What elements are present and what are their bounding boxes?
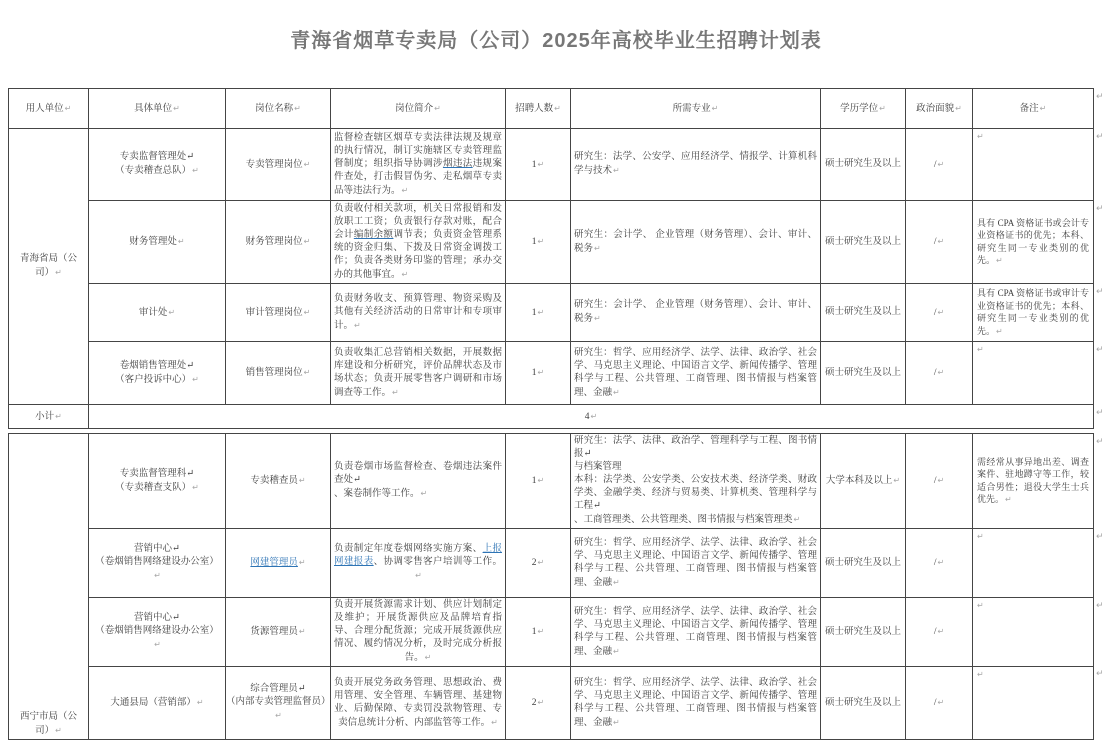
paragraph-mark-icon: ↵ bbox=[304, 237, 311, 246]
cell-unit: 卷烟销售管理处↵ （客户投诉中心）↵ bbox=[89, 342, 226, 405]
document-page: 青海省烟草专卖局（公司）2025年高校毕业生招聘计划表 用人单位↵ 具体单位↵ … bbox=[0, 0, 1112, 745]
paragraph-mark-icon: ↵ bbox=[977, 670, 984, 679]
paragraph-mark-icon: ↵ bbox=[299, 558, 306, 567]
paragraph-mark-icon: ↵ bbox=[421, 489, 428, 498]
cell-remark: 需经常从事异地出差、调查案件、驻地蹲守等工作，较适合男性；退役大学生士兵优先。↵ bbox=[973, 434, 1094, 529]
paragraph-mark-icon: ↵ bbox=[613, 718, 620, 727]
paragraph-mark-icon: ↵ bbox=[304, 368, 311, 377]
cell-position: 财务管理岗位↵ bbox=[226, 201, 331, 284]
table-row: 青海省局（公司）↵ 专卖监督管理处↵ （专卖稽查总队）↵ 专卖管理岗位↵ 监督检… bbox=[9, 129, 1094, 201]
cell-degree: 硕士研究生及以上 bbox=[821, 529, 906, 598]
page-title: 青海省烟草专卖局（公司）2025年高校毕业生招聘计划表 bbox=[0, 24, 1112, 53]
paragraph-mark-icon: ↵ bbox=[275, 711, 282, 720]
row-end-mark-icon: ↵ bbox=[1096, 204, 1104, 214]
paragraph-mark-icon: ↵ bbox=[937, 368, 944, 377]
paragraph-mark-icon: ↵ bbox=[879, 104, 886, 113]
paragraph-mark-icon: ↵ bbox=[937, 627, 944, 636]
paragraph-mark-icon: ↵ bbox=[613, 647, 620, 656]
table-row: 财务管理处↵ 财务管理岗位↵ 负责收付相关款项，机关日常报销和发放职工工资；负责… bbox=[9, 201, 1094, 284]
paragraph-mark-icon: ↵ bbox=[434, 104, 441, 113]
cell-political: /↵ bbox=[906, 129, 973, 201]
revision-underlined-text: 编制余额 bbox=[354, 230, 394, 240]
table-row: 营销中心↵ （卷烟销售网络建设办公室）↵ 网建管理员↵ 负责制定年度卷烟网络实施… bbox=[9, 529, 1094, 598]
paragraph-mark-icon: ↵ bbox=[1040, 104, 1047, 113]
paragraph-mark-icon: ↵ bbox=[402, 186, 409, 195]
paragraph-mark-icon: ↵ bbox=[977, 345, 984, 354]
paragraph-mark-icon: ↵ bbox=[937, 237, 944, 246]
col-header-unit: 具体单位↵ bbox=[89, 89, 226, 129]
table-header-row: 用人单位↵ 具体单位↵ 岗位名称↵ 岗位简介↵ 招聘人数↵ 所需专业↵ 学历学位… bbox=[9, 89, 1094, 129]
cell-majors: 研究生：会计学、 企业管理（财务管理）、会计、审计、税务↵ bbox=[571, 201, 821, 284]
row-end-mark-icon: ↵ bbox=[1096, 287, 1104, 297]
col-header-count: 招聘人数↵ bbox=[506, 89, 571, 129]
paragraph-mark-icon: ↵ bbox=[197, 698, 204, 707]
table-row: 审计处↵ 审计管理岗位↵ 负责财务收支、预算管理、物资采购及其他有关经济活动的日… bbox=[9, 284, 1094, 342]
cell-majors: 研究生：会计学、 企业管理（财务管理）、会计、审计、税务↵ bbox=[571, 284, 821, 342]
paragraph-mark-icon: ↵ bbox=[538, 237, 545, 246]
cell-count: 1↵ bbox=[506, 434, 571, 529]
cell-description: 负责收集汇总营销相关数据，开展数据库建设和分析研究，评价品牌状态及市场状态；负责… bbox=[331, 342, 506, 405]
paragraph-mark-icon: ↵ bbox=[538, 160, 545, 169]
subtotal-label-cell: 小计↵ bbox=[9, 405, 89, 429]
col-header-employer: 用人单位↵ bbox=[9, 89, 89, 129]
row-end-mark-icon: ↵ bbox=[1096, 601, 1104, 611]
paragraph-mark-icon: ↵ bbox=[178, 237, 185, 246]
paragraph-mark-icon: ↵ bbox=[538, 308, 545, 317]
cell-position: 审计管理岗位↵ bbox=[226, 284, 331, 342]
row-end-mark-icon: ↵ bbox=[1096, 532, 1104, 542]
cell-majors: 研究生：哲学、应用经济学、法学、法律、政治学、社会学、马克思主义理论、中国语言文… bbox=[571, 529, 821, 598]
col-header-political: 政治面貌↵ bbox=[906, 89, 973, 129]
cell-position: 网建管理员↵ bbox=[226, 529, 331, 598]
table-row: 西宁市局（公司）↵ 专卖监督管理科↵ （专卖稽查支队）↵ 专卖稽查员↵ 负责卷烟… bbox=[9, 434, 1094, 529]
cell-employer: 西宁市局（公司）↵ bbox=[9, 434, 89, 740]
paragraph-mark-icon: ↵ bbox=[977, 601, 984, 610]
paragraph-mark-icon: ↵ bbox=[415, 571, 422, 580]
paragraph-mark-icon: ↵ bbox=[554, 104, 561, 113]
paragraph-mark-icon: ↵ bbox=[996, 327, 1003, 336]
subtotal-row: 小计↵ 4↵ bbox=[9, 405, 1094, 429]
paragraph-mark-icon: ↵ bbox=[977, 532, 984, 541]
row-end-mark-icon: ↵ bbox=[1096, 408, 1104, 418]
paragraph-mark-icon: ↵ bbox=[794, 515, 801, 524]
cell-description: 负责收付相关款项，机关日常报销和发放职工工资；负责银行存款对账，配合会计编制余额… bbox=[331, 201, 506, 284]
row-end-mark-icon: ↵ bbox=[1096, 669, 1104, 679]
cell-count: 2↵ bbox=[506, 529, 571, 598]
cell-remark: ↵ bbox=[973, 529, 1094, 598]
cell-majors: 研究生：哲学、应用经济学、法学、法律、政治学、社会学、马克思主义理论、中国语言文… bbox=[571, 667, 821, 740]
paragraph-mark-icon: ↵ bbox=[613, 166, 620, 175]
col-header-majors: 所需专业↵ bbox=[571, 89, 821, 129]
paragraph-mark-icon: ↵ bbox=[304, 160, 311, 169]
col-header-description: 岗位简介↵ bbox=[331, 89, 506, 129]
cell-political: /↵ bbox=[906, 667, 973, 740]
cell-unit: 专卖监督管理科↵ （专卖稽查支队）↵ bbox=[89, 434, 226, 529]
paragraph-mark-icon: ↵ bbox=[491, 718, 498, 727]
cell-remark: ↵ bbox=[973, 129, 1094, 201]
row-end-mark-icon: ↵ bbox=[1096, 132, 1104, 142]
paragraph-mark-icon: ↵ bbox=[168, 308, 175, 317]
paragraph-mark-icon: ↵ bbox=[65, 104, 72, 113]
paragraph-mark-icon: ↵ bbox=[937, 160, 944, 169]
cell-political: /↵ bbox=[906, 529, 973, 598]
cell-count: 1↵ bbox=[506, 598, 571, 667]
cell-unit: 审计处↵ bbox=[89, 284, 226, 342]
paragraph-mark-icon: ↵ bbox=[1005, 495, 1012, 504]
col-header-position: 岗位名称↵ bbox=[226, 89, 331, 129]
cell-count: 1↵ bbox=[506, 284, 571, 342]
paragraph-mark-icon: ↵ bbox=[712, 104, 719, 113]
cell-majors: 研究生：法学、法律、政治学、管理科学与工程、图书情报↵ 与档案管理 本科：法学类… bbox=[571, 434, 821, 529]
cell-remark: ↵ bbox=[973, 342, 1094, 405]
paragraph-mark-icon: ↵ bbox=[955, 104, 962, 113]
table-row: 卷烟销售管理处↵ （客户投诉中心）↵ 销售管理岗位↵ 负责收集汇总营销相关数据，… bbox=[9, 342, 1094, 405]
cell-majors: 研究生：哲学、应用经济学、法学、法律、政治学、社会学、马克思主义理论、中国语言文… bbox=[571, 342, 821, 405]
paragraph-mark-icon: ↵ bbox=[154, 571, 161, 580]
paragraph-mark-icon: ↵ bbox=[299, 627, 306, 636]
paragraph-mark-icon: ↵ bbox=[613, 578, 620, 587]
paragraph-mark-icon: ↵ bbox=[613, 388, 620, 397]
paragraph-mark-icon: ↵ bbox=[538, 627, 545, 636]
paragraph-mark-icon: ↵ bbox=[538, 476, 545, 485]
paragraph-mark-icon: ↵ bbox=[392, 388, 399, 397]
paragraph-mark-icon: ↵ bbox=[937, 476, 944, 485]
cell-unit: 财务管理处↵ bbox=[89, 201, 226, 284]
paragraph-mark-icon: ↵ bbox=[55, 268, 62, 277]
paragraph-mark-icon: ↵ bbox=[173, 104, 180, 113]
paragraph-mark-icon: ↵ bbox=[996, 256, 1003, 265]
recruitment-table-section-1: 用人单位↵ 具体单位↵ 岗位名称↵ 岗位简介↵ 招聘人数↵ 所需专业↵ 学历学位… bbox=[8, 88, 1094, 429]
cell-remark: ↵ bbox=[973, 667, 1094, 740]
cell-description: 负责开展货源需求计划、供应计划制定及维护；开展货源供应及品牌培育指导、合理分配货… bbox=[331, 598, 506, 667]
cell-majors: 研究生：法学、公安学、应用经济学、情报学、计算机科学与技术↵ bbox=[571, 129, 821, 201]
cell-remark: ↵ bbox=[973, 598, 1094, 667]
cell-count: 1↵ bbox=[506, 129, 571, 201]
paragraph-mark-icon: ↵ bbox=[937, 308, 944, 317]
cell-degree: 大学本科及以上↵ bbox=[821, 434, 906, 529]
cell-position: 专卖稽查员↵ bbox=[226, 434, 331, 529]
paragraph-mark-icon: ↵ bbox=[192, 166, 199, 175]
cell-political: /↵ bbox=[906, 284, 973, 342]
cell-political: /↵ bbox=[906, 201, 973, 284]
cell-unit: 专卖监督管理处↵ （专卖稽查总队）↵ bbox=[89, 129, 226, 201]
paragraph-mark-icon: ↵ bbox=[893, 476, 900, 485]
table-row: 大通县局（营销部）↵ 综合管理员↵ （内部专卖管理监督员）↵ 负责开展党务政务管… bbox=[9, 667, 1094, 740]
table-row: 营销中心↵ （卷烟销售网络建设办公室）↵ 货源管理员↵ 负责开展货源需求计划、供… bbox=[9, 598, 1094, 667]
cell-unit: 营销中心↵ （卷烟销售网络建设办公室）↵ bbox=[89, 598, 226, 667]
cell-position: 销售管理岗位↵ bbox=[226, 342, 331, 405]
col-header-remark: 备注↵ bbox=[973, 89, 1094, 129]
cell-political: /↵ bbox=[906, 598, 973, 667]
cell-description: 负责开展党务政务管理、思想政治、费用管理、安全管理、车辆管理、基建物业、后勤保障… bbox=[331, 667, 506, 740]
subtotal-value-cell: 4↵ bbox=[89, 405, 1094, 429]
hyperlink-position[interactable]: 网建管理员 bbox=[250, 558, 298, 568]
cell-majors: 研究生：哲学、应用经济学、法学、法律、政治学、社会学、马克思主义理论、中国语言文… bbox=[571, 598, 821, 667]
cell-degree: 硕士研究生及以上 bbox=[821, 284, 906, 342]
paragraph-mark-icon: ↵ bbox=[55, 412, 62, 421]
recruitment-table-section-2: 西宁市局（公司）↵ 专卖监督管理科↵ （专卖稽查支队）↵ 专卖稽查员↵ 负责卷烟… bbox=[8, 433, 1094, 740]
cell-description: 负责制定年度卷烟网络实施方案、上报网建报表、协调零售客户培训等工作。↵ bbox=[331, 529, 506, 598]
paragraph-mark-icon: ↵ bbox=[299, 476, 306, 485]
cell-description: 监督检查辖区烟草专卖法律法规及规章的执行情况，制订实施辖区专卖管理监督制度；组织… bbox=[331, 129, 506, 201]
paragraph-mark-icon: ↵ bbox=[192, 483, 199, 492]
cell-remark: 具有 CPA 资格证书或审计专业资格证书的优先；本科、研究生同一专业类别的优先。… bbox=[973, 284, 1094, 342]
row-end-mark-icon: ↵ bbox=[1096, 345, 1104, 355]
cell-position: 专卖管理岗位↵ bbox=[226, 129, 331, 201]
paragraph-mark-icon: ↵ bbox=[937, 558, 944, 567]
paragraph-mark-icon: ↵ bbox=[402, 270, 409, 279]
paragraph-mark-icon: ↵ bbox=[594, 314, 601, 323]
paragraph-mark-icon: ↵ bbox=[538, 558, 545, 567]
paragraph-mark-icon: ↵ bbox=[937, 698, 944, 707]
paragraph-mark-icon: ↵ bbox=[591, 412, 598, 421]
cell-count: 1↵ bbox=[506, 342, 571, 405]
cell-unit: 大通县局（营销部）↵ bbox=[89, 667, 226, 740]
paragraph-mark-icon: ↵ bbox=[154, 640, 161, 649]
cell-position: 综合管理员↵ （内部专卖管理监督员）↵ bbox=[226, 667, 331, 740]
cell-degree: 硕士研究生及以上 bbox=[821, 129, 906, 201]
paragraph-mark-icon: ↵ bbox=[354, 321, 361, 330]
cell-description: 负责卷烟市场监督检查、卷烟违法案件查处↵ 、案卷制作等工作。↵ bbox=[331, 434, 506, 529]
cell-degree: 硕士研究生及以上 bbox=[821, 667, 906, 740]
cell-degree: 硕士研究生及以上 bbox=[821, 201, 906, 284]
cell-remark: 具有 CPA 资格证书或会计专业资格证书的优先；本科、研究生同一专业类别的优先。… bbox=[973, 201, 1094, 284]
col-header-degree: 学历学位↵ bbox=[821, 89, 906, 129]
paragraph-mark-icon: ↵ bbox=[538, 368, 545, 377]
cell-count: 2↵ bbox=[506, 667, 571, 740]
cell-position: 货源管理员↵ bbox=[226, 598, 331, 667]
paragraph-mark-icon: ↵ bbox=[304, 308, 311, 317]
cell-unit: 营销中心↵ （卷烟销售网络建设办公室）↵ bbox=[89, 529, 226, 598]
cell-degree: 硕士研究生及以上 bbox=[821, 342, 906, 405]
cell-employer: 青海省局（公司）↵ bbox=[9, 129, 89, 405]
paragraph-mark-icon: ↵ bbox=[594, 244, 601, 253]
revision-underlined-text: 烟违法 bbox=[443, 159, 473, 169]
paragraph-mark-icon: ↵ bbox=[55, 726, 62, 735]
paragraph-mark-icon: ↵ bbox=[294, 104, 301, 113]
row-end-mark-icon: ↵ bbox=[1096, 92, 1104, 102]
paragraph-mark-icon: ↵ bbox=[977, 132, 984, 141]
paragraph-mark-icon: ↵ bbox=[425, 653, 432, 662]
paragraph-mark-icon: ↵ bbox=[192, 375, 199, 384]
paragraph-mark-icon: ↵ bbox=[538, 698, 545, 707]
cell-count: 1↵ bbox=[506, 201, 571, 284]
cell-political: /↵ bbox=[906, 434, 973, 529]
row-end-mark-icon: ↵ bbox=[1096, 437, 1104, 447]
cell-description: 负责财务收支、预算管理、物资采购及其他有关经济活动的日常审计和专项审计。↵ bbox=[331, 284, 506, 342]
cell-political: /↵ bbox=[906, 342, 973, 405]
cell-degree: 硕士研究生及以上 bbox=[821, 598, 906, 667]
